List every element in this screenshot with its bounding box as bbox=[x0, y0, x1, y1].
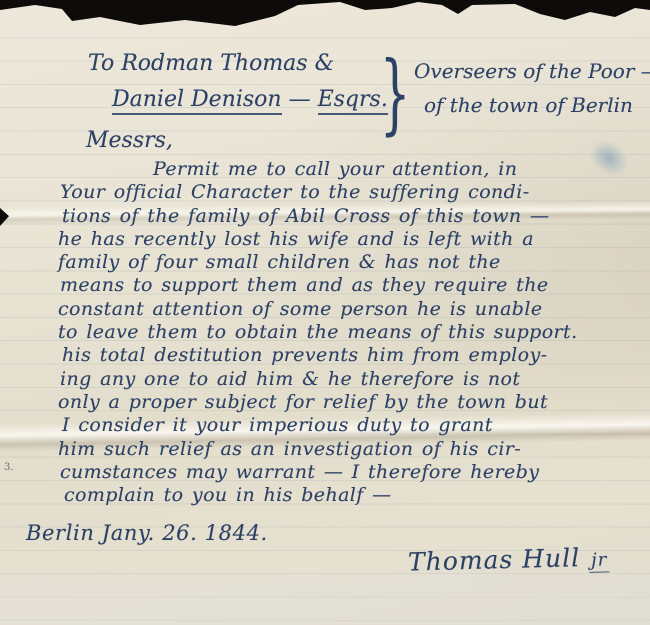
body-line: ing any one to aid him & he therefore is… bbox=[60, 368, 636, 391]
body-line: complain to you in his behalf — bbox=[64, 484, 636, 507]
body-line: his total destitution prevents him from … bbox=[62, 344, 636, 367]
body-line: Permit me to call your attention, in bbox=[58, 158, 636, 181]
body-line: he has recently lost his wife and is lef… bbox=[58, 228, 636, 251]
capacity-block: Overseers of the Poor — of the town of B… bbox=[414, 54, 650, 122]
letter-page: To Rodman Thomas & Daniel Denison — Esqr… bbox=[0, 0, 650, 625]
body-line: I consider it your imperious duty to gra… bbox=[62, 414, 636, 437]
signature-suffix: jr bbox=[589, 549, 610, 573]
addressee-dash: — bbox=[289, 87, 311, 112]
brace-glyph: } bbox=[380, 50, 410, 137]
signature: Thomas Hull jr bbox=[408, 542, 610, 576]
body-line: Your official Character to the suffering… bbox=[60, 181, 636, 204]
salutation: Messrs, bbox=[86, 128, 173, 153]
body-line: tions of the family of Abil Cross of thi… bbox=[62, 205, 636, 228]
letter-body: Permit me to call your attention, in You… bbox=[58, 158, 636, 507]
body-line: constant attention of some person he is … bbox=[58, 298, 636, 321]
addressee-block: To Rodman Thomas & Daniel Denison — Esqr… bbox=[88, 46, 388, 118]
capacity-line2: of the town of Berlin bbox=[414, 88, 650, 122]
body-line: family of four small children & has not … bbox=[58, 251, 636, 274]
body-line: to leave them to obtain the means of thi… bbox=[58, 321, 636, 344]
body-line: only a proper subject for relief by the … bbox=[58, 391, 636, 414]
dateline: Berlin Jany. 26. 1844. bbox=[26, 521, 268, 545]
addressee-title: Esqrs. bbox=[318, 87, 388, 115]
addressee-name: Daniel Denison bbox=[112, 87, 282, 115]
margin-mark: 3. bbox=[4, 462, 14, 473]
capacity-line1: Overseers of the Poor — bbox=[414, 54, 650, 88]
addressee-line1: To Rodman Thomas & bbox=[88, 46, 388, 82]
scanned-letter: To Rodman Thomas & Daniel Denison — Esqr… bbox=[0, 0, 650, 625]
body-line: cumstances may warrant — I therefore her… bbox=[60, 461, 636, 484]
addressee-line2: Daniel Denison — Esqrs. bbox=[112, 82, 388, 118]
body-line: means to support them and as they requir… bbox=[60, 274, 636, 297]
signature-name: Thomas Hull bbox=[408, 543, 581, 576]
body-line: him such relief as an investigation of h… bbox=[58, 438, 636, 461]
